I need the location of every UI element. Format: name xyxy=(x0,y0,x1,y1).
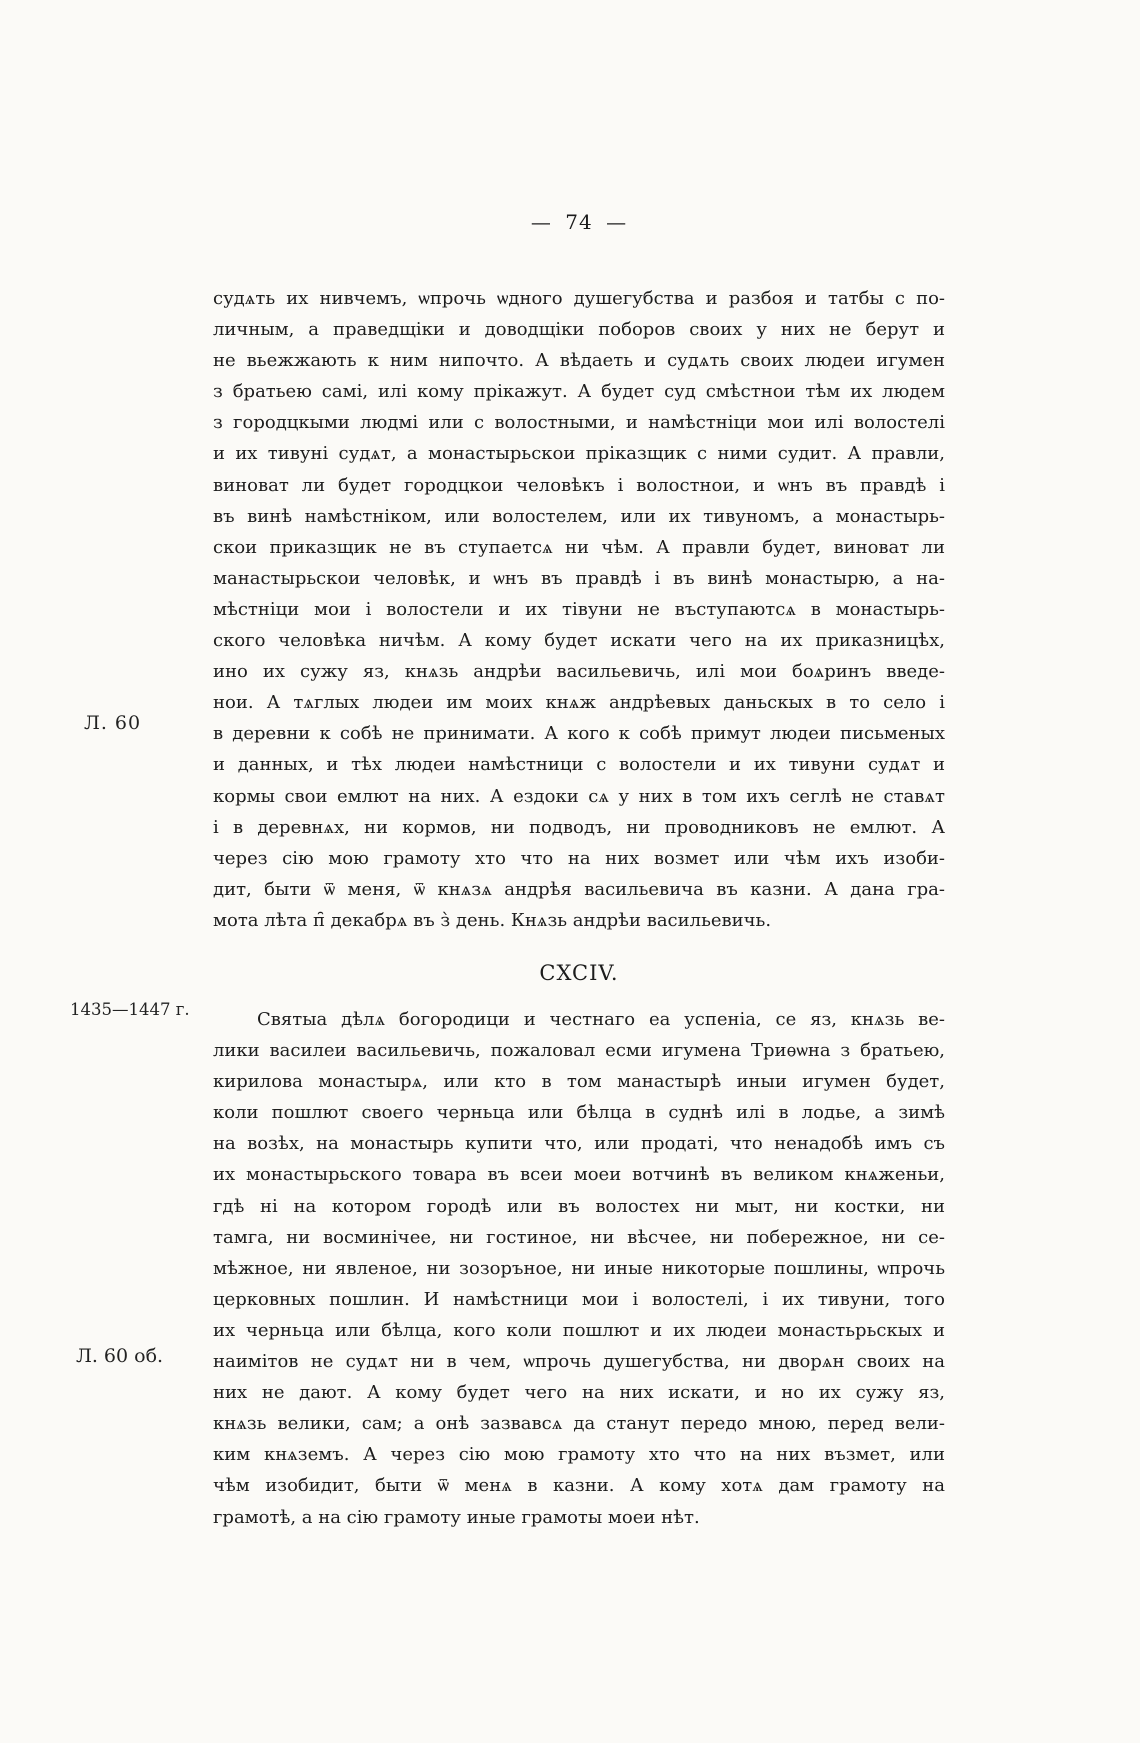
text-line: кормы свои емлют на них. А ездоки сѧ у н… xyxy=(213,781,945,812)
text-line: нои. А тѧглых людеи им моих кнѧж андрѣев… xyxy=(213,687,945,718)
folio-margin-note: Л. 60 xyxy=(84,712,141,734)
text-line: через сію мою грамоту хто что на них воз… xyxy=(213,843,945,874)
folio-margin-note: Л. 60 об. xyxy=(76,1345,163,1367)
text-line: их монастырьского товара въ всеи моеи во… xyxy=(213,1159,945,1190)
text-line: гдѣ ні на котором городѣ или въ волостех… xyxy=(213,1191,945,1222)
text-line: коли пошлют своего черньца или бѣлца в с… xyxy=(213,1097,945,1128)
text-line: тамга, ни восминічее, ни гостиное, ни вѣ… xyxy=(213,1222,945,1253)
scanned-book-page: — 74 — Л. 60 1435—1447 г. Л. 60 об. судѧ… xyxy=(0,0,1140,1743)
charter-cxciii-continuation: судѧть их нивчемъ, ѡпрочь ѡдного душегуб… xyxy=(213,283,945,936)
text-line: в деревни к собѣ не принимати. А кого к … xyxy=(213,718,945,749)
text-line: манастырьскои человѣк, и ѡнъ въ правдѣ і… xyxy=(213,563,945,594)
text-line: виноват ли будет городцкои человѣкъ і во… xyxy=(213,470,945,501)
section-heading-cxciv: CXCIV. xyxy=(213,961,945,985)
page-number: — 74 — xyxy=(213,210,945,234)
text-line: и их тивуні судѧт, а монастырьскои пріка… xyxy=(213,438,945,469)
text-line: лики василеи васильевичь, пожаловал есми… xyxy=(213,1035,945,1066)
text-line: кирилова монастырѧ, или кто в том манаст… xyxy=(213,1066,945,1097)
text-line: них не дают. А кому будет чего на них ис… xyxy=(213,1377,945,1408)
text-line: ского человѣка ничѣм. А кому будет искат… xyxy=(213,625,945,656)
text-line: церковных пошлин. И намѣстници мои і вол… xyxy=(213,1284,945,1315)
text-line: дит, быти ѿ меня, ѿ кнѧзѧ андрѣя василье… xyxy=(213,874,945,905)
text-line: мѣжное, ни явленое, ни зозоръное, ни ины… xyxy=(213,1253,945,1284)
charter-cxciv-text: Святыа дѣлѧ богородици и честнаго еа усп… xyxy=(213,1004,945,1533)
text-line: судѧть их нивчемъ, ѡпрочь ѡдного душегуб… xyxy=(213,283,945,314)
text-line: не вьежжають к ним нипочто. А вѣдаеть и … xyxy=(213,345,945,376)
text-line: наимітов не судѧт ни в чем, ѡпрочь душег… xyxy=(213,1346,945,1377)
text-line: мѣстніци мои і волостели и их тівуни не … xyxy=(213,594,945,625)
text-line: и данных, и тѣх людеи намѣстници с волос… xyxy=(213,749,945,780)
text-line: въ винѣ намѣстніком, или волостелем, или… xyxy=(213,501,945,532)
text-line: мота лѣта п̑ декабрѧ въ з̀ день. Кнѧзь а… xyxy=(213,905,945,936)
date-range-margin-note: 1435—1447 г. xyxy=(70,1000,190,1019)
text-line: і в деревнѧх, ни кормов, ни подводъ, ни … xyxy=(213,812,945,843)
text-line: Святыа дѣлѧ богородици и честнаго еа усп… xyxy=(213,1004,945,1035)
text-line: их черньца или бѣлца, кого коли пошлют и… xyxy=(213,1315,945,1346)
text-line: ино их сужу яз, кнѧзь андрѣи васильевичь… xyxy=(213,656,945,687)
text-line: личным, а праведщіки и доводщіки поборов… xyxy=(213,314,945,345)
text-line: грамотѣ, а на сію грамоту иные грамоты м… xyxy=(213,1502,945,1533)
text-line: скои приказщик не въ ступаетсѧ ни чѣм. А… xyxy=(213,532,945,563)
text-line: з братьею самі, илі кому прікажут. А буд… xyxy=(213,376,945,407)
text-line: ким кнѧземъ. А через сію мою грамоту хто… xyxy=(213,1439,945,1470)
text-line: кнѧзь велики, сам; а онѣ зазвавсѧ да ста… xyxy=(213,1408,945,1439)
text-line: на возѣх, на монастырь купити что, или п… xyxy=(213,1128,945,1159)
text-line: чѣм изобидит, быти ѿ менѧ в казни. А ком… xyxy=(213,1470,945,1501)
text-line: з городцкыми людмі или с волостными, и н… xyxy=(213,407,945,438)
